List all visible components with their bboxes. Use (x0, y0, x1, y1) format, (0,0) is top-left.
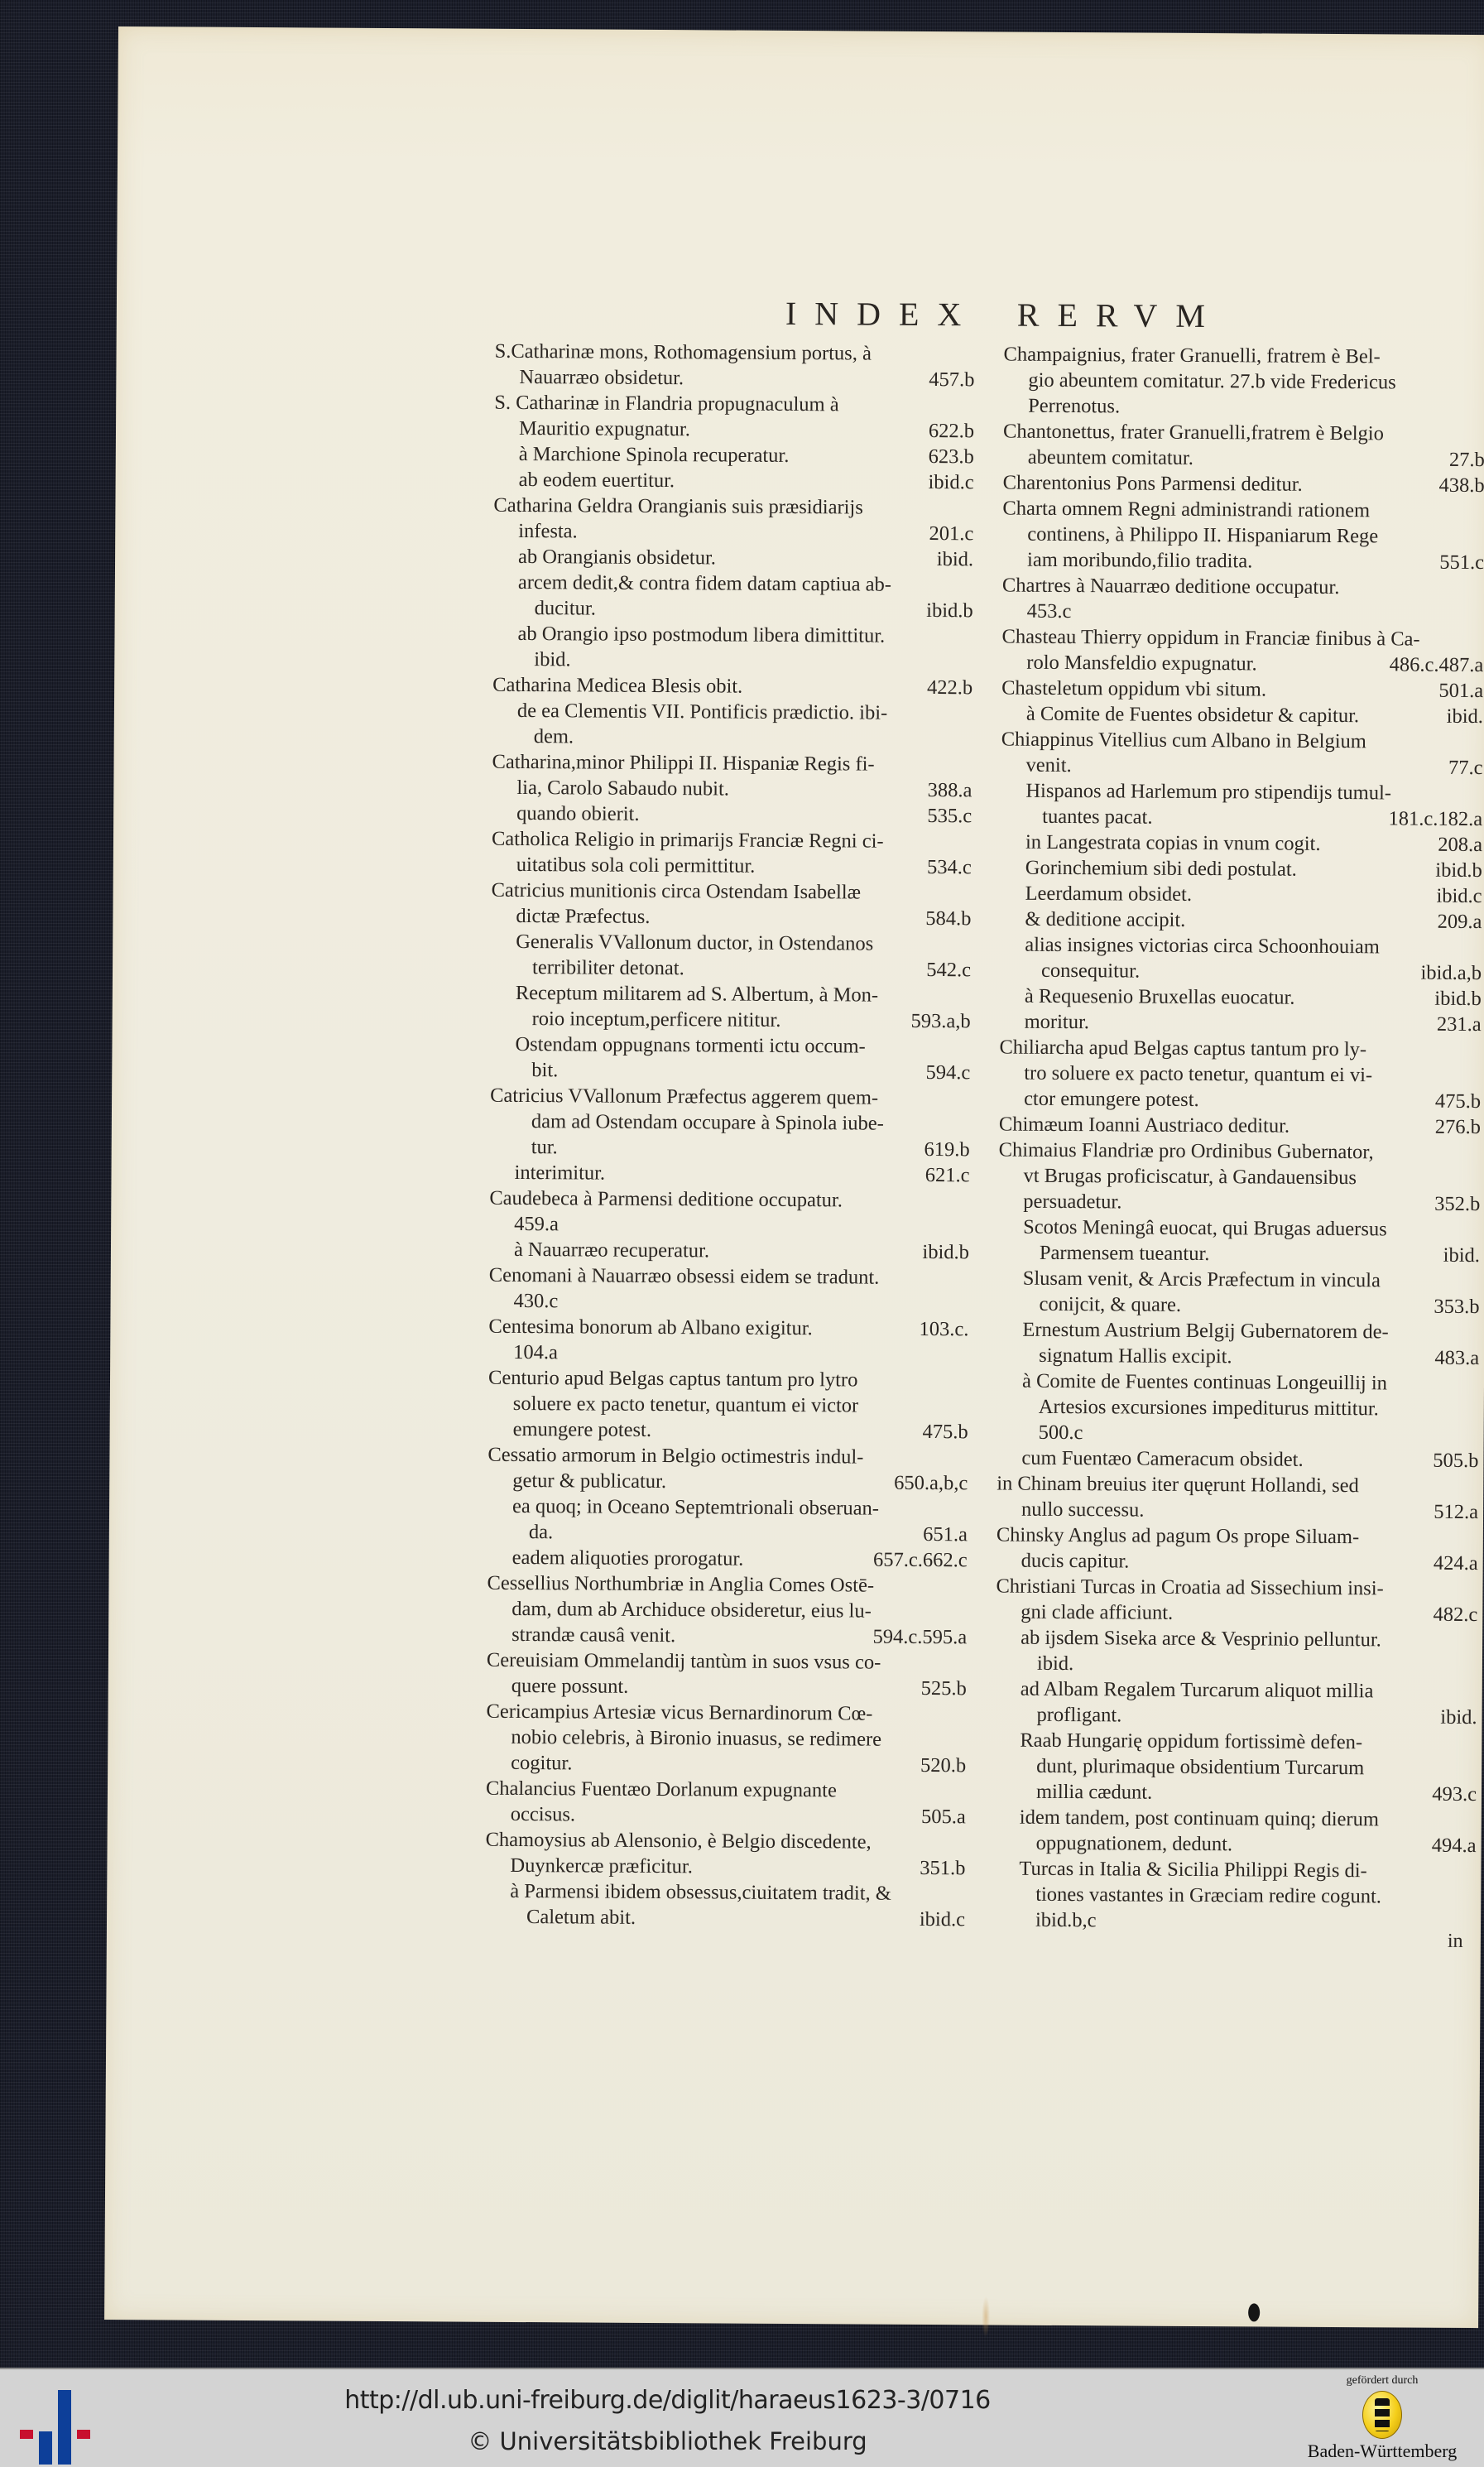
index-entry-line: cogitur.520.b (486, 1750, 966, 1779)
index-entry-line: gio abeuntem comitatur. 27.b vide Freder… (1003, 368, 1484, 397)
page-reference: 535.c (919, 803, 972, 829)
page-reference: 482.c (1424, 1602, 1477, 1628)
entry-text: conijcit, & quare. (1039, 1291, 1181, 1318)
entry-text: dam ad Ostendam occupare à Spinola iube- (531, 1108, 884, 1137)
page-reference: 353.b (1425, 1294, 1479, 1320)
page-reference: 475.b (1427, 1089, 1481, 1114)
index-entry-line: Chasteau Thierry oppidum in Franciæ fini… (1001, 624, 1483, 653)
index-entry-line: ctor emungere potest.475.b (999, 1086, 1481, 1115)
entry-text: Slusam venit, & Arcis Præfectum in vincu… (1023, 1266, 1381, 1294)
entry-text: Catharina Medicea Blesis obit. (492, 672, 742, 700)
index-entry-line: Cessellius Northumbriæ in Anglia Comes O… (487, 1570, 967, 1599)
index-entry-line: à Comite de Fuentes obsidetur & capitur.… (1001, 701, 1483, 730)
page-reference: 493.c (1424, 1782, 1477, 1807)
entry-text: Catricius munitionis circa Ostendam Isab… (492, 878, 862, 906)
entry-text: à Parmensi ibidem obsessus,ciuitatem tra… (510, 1878, 891, 1907)
entry-text: à Comite de Fuentes continuas Longeuilli… (1022, 1368, 1387, 1397)
index-entry-line: S. Catharinæ in Flandria propugnaculum à (494, 390, 974, 419)
page-reference: 231.a (1429, 1012, 1482, 1037)
entry-text: occisus. (511, 1801, 575, 1827)
entry-text: à Marchione Spinola recuperatur. (519, 441, 790, 469)
entry-text: Caudebeca à Parmensi deditione occupatur… (489, 1185, 843, 1214)
index-entry-line: Artesios excursiones impediturus mittitu… (997, 1394, 1479, 1423)
page-reference: 650.a,b,c (886, 1470, 968, 1497)
page-reference: 486.c.487.a (1381, 652, 1484, 678)
page-reference: 27.b (1441, 447, 1484, 473)
entry-text: ibid. (1037, 1651, 1073, 1676)
index-entry-line: Chalancius Fuentæo Dorlanum expugnante (486, 1776, 966, 1805)
index-entry-line: Chantonettus, frater Granuelli,fratrem è… (1003, 419, 1484, 448)
index-entry-line: Chasteletum oppidum vbi situm.501.a (1001, 676, 1483, 705)
index-entry-line: interimitur.621.c (489, 1160, 969, 1189)
page-reference: 657.c.662.c (865, 1547, 968, 1574)
entry-text: ducis capitur. (1021, 1548, 1130, 1575)
entry-text: nobio celebris, à Bironio inuasus, se re… (511, 1724, 881, 1753)
entry-text: Christiani Turcas in Croatia ad Sissechi… (996, 1574, 1383, 1602)
page-reference: ibid. (1432, 1705, 1477, 1730)
page-reference: 209.a (1429, 909, 1482, 935)
entry-text: de ea Clementis VII. Pontificis prædicti… (517, 698, 887, 726)
entry-text: tuantes pacat. (1042, 804, 1153, 830)
page-reference: 512.a (1425, 1499, 1478, 1525)
entry-text: Chinsky Anglus ad pagum Os prope Siluam- (997, 1522, 1359, 1551)
entry-text: arcem dedit,& contra fidem datam captiua… (518, 570, 891, 598)
entry-text: Receptum militarem ad S. Albertum, à Mon… (516, 980, 878, 1008)
page-reference: 208.a (1429, 832, 1482, 858)
entry-text: nullo successu. (1021, 1497, 1145, 1523)
index-entry-line: tiones vastantes in Græciam redire cogun… (994, 1882, 1476, 1911)
entry-text: tro soluere ex pacto tenetur, quantum ei… (1024, 1060, 1372, 1089)
permalink-url[interactable]: http://dl.ub.uni-freiburg.de/diglit/hara… (344, 2386, 991, 2415)
page-reference: 475.b (914, 1419, 968, 1445)
entry-text: Chalancius Fuentæo Dorlanum expugnante (486, 1776, 837, 1804)
entry-text: bit. (531, 1057, 558, 1083)
entry-text: quere possunt. (511, 1673, 629, 1700)
index-entry-line: Catharina,minor Philippi II. Hispaniæ Re… (492, 749, 972, 778)
entry-text: iam moribundo,filio tradita. (1027, 547, 1252, 575)
entry-text: 459.a (514, 1211, 559, 1237)
entry-text: ab Orangio ipso postmodum libera dimitti… (517, 621, 885, 649)
index-entry-line: Parmensem tueantur.ibid. (998, 1240, 1480, 1269)
index-entry-line: Gorinchemium sibi dedi postulat.ibid.b (1001, 855, 1482, 884)
page-reference: 534.c (919, 854, 972, 880)
sponsor-label: gefördert durch (1287, 2374, 1477, 2388)
index-entry-line: ab ijsdem Siseka arce & Vesprinio pellun… (996, 1625, 1477, 1654)
page-reference: 542.c (918, 957, 971, 983)
index-entry-line: ad Albam Regalem Turcarum aliquot millia (996, 1676, 1477, 1705)
index-entry-line: idem tandem, post continuam quinq; dieru… (995, 1805, 1477, 1834)
entry-text: dictæ Præfectus. (516, 903, 650, 930)
index-entry-line: Perrenotus. (1003, 393, 1484, 422)
index-entry-line: dam ad Ostendam occupare à Spinola iube- (490, 1108, 970, 1137)
entry-text: da. (529, 1519, 553, 1545)
entry-text: rolo Mansfeldio expugnatur. (1026, 650, 1256, 677)
page-reference: 619.b (916, 1137, 970, 1162)
page-reference: 201.c (920, 521, 973, 546)
index-entry-line: soluere ex pacto tenetur, quantum ei vic… (488, 1391, 968, 1420)
page-reference: ibid.b (1427, 858, 1482, 883)
index-entry-line: à Nauarræo recuperatur.ibid.b (489, 1237, 969, 1266)
entry-text: Cereuisiam Ommelandij tantùm in suos vsu… (487, 1647, 881, 1676)
entry-text: Caletum abit. (526, 1904, 636, 1931)
entry-text: ibid. (534, 647, 570, 672)
index-entry-line: arcem dedit,& contra fidem datam captiua… (493, 570, 973, 599)
index-entry-line: roio inceptum,perficere nititur.593.a,b (491, 1006, 971, 1035)
index-entry-line: moritur.231.a (1000, 1009, 1482, 1038)
index-entry-line: à Parmensi ibidem obsessus,ciuitatem tra… (485, 1878, 965, 1907)
entry-text: venit. (1025, 753, 1071, 778)
entry-text: emungere potest. (513, 1416, 652, 1443)
index-entry-line: Catricius munitionis circa Ostendam Isab… (492, 878, 972, 906)
index-entry-line: getur & publicatur.650.a,b,c (487, 1468, 968, 1497)
index-entry-line: tro soluere ex pacto tenetur, quantum ei… (999, 1060, 1481, 1089)
entry-text: getur & publicatur. (512, 1468, 666, 1494)
page-reference: 525.b (913, 1676, 967, 1701)
entry-text: dunt, plurimaque obsidentium Turcarum (1036, 1753, 1364, 1781)
page-reference: 594.c.595.a (864, 1624, 967, 1651)
index-entry-line: oppugnationem, dedunt.494.a (995, 1830, 1477, 1859)
entry-text: Charentonius Pons Parmensi deditur. (1003, 470, 1303, 498)
entry-text: signatum Hallis excipit. (1039, 1343, 1232, 1369)
index-entry-line: consequitur.ibid.a,b (1000, 958, 1482, 987)
index-entry-line: ducis capitur.424.a (997, 1548, 1478, 1577)
sponsor-name: Baden-Württemberg (1287, 2441, 1477, 2462)
entry-text: Hispanos ad Harlemum pro stipendijs tumu… (1025, 778, 1391, 806)
entry-text: tur. (531, 1134, 558, 1160)
index-entry-line: eadem aliquoties prorogatur.657.c.662.c (487, 1545, 968, 1574)
entry-text: dam, dum ab Archiduce obsideretur, eius … (511, 1596, 872, 1624)
index-entry-line: ab eodem euertitur.ibid.c (494, 467, 974, 496)
index-entry-line: millia cædunt.493.c (995, 1779, 1477, 1808)
entry-text: ea quoq; in Oceano Septemtrionali obseru… (512, 1493, 879, 1522)
index-entry-line: Raab Hungarię oppidum fortissimè defen- (995, 1728, 1477, 1757)
page-reference: ibid.b (914, 1239, 969, 1265)
index-entry-line: tuantes pacat.181.c.182.a (1001, 804, 1482, 833)
page-reference: 505.b (1424, 1448, 1478, 1474)
index-entry-line: Centurio apud Belgas captus tantum pro l… (488, 1365, 968, 1394)
page-reference: 594.c (917, 1060, 970, 1085)
index-entry-line: Cenomani à Nauarræo obsessi eidem se tra… (489, 1262, 969, 1291)
entry-text: tiones vastantes in Græciam redire cogun… (1035, 1882, 1381, 1910)
page-reference: 388.a (920, 777, 973, 803)
entry-text: lia, Carolo Sabaudo nubit. (516, 775, 729, 802)
page-reference: ibid.c (1428, 883, 1482, 909)
index-entry-line: profligant.ibid. (995, 1702, 1477, 1731)
index-entry-line: venit.77.c (1001, 753, 1482, 781)
entry-text: vt Brugas proficiscatur, à Gandauensibus (1023, 1163, 1357, 1190)
index-entry-line: quere possunt.525.b (487, 1673, 967, 1702)
index-entry-line: terribiliter detonat.542.c (491, 955, 971, 983)
entry-text: Cericampius Artesiæ vicus Bernardinorum … (486, 1699, 872, 1727)
index-entry-line: ibid.b,c (994, 1907, 1476, 1936)
page-reference: ibid.c (911, 1907, 965, 1932)
index-entry-line: ea quoq; in Oceano Septemtrionali obseru… (487, 1493, 968, 1522)
page-reference: 501.a (1430, 678, 1483, 704)
index-entry-line: à Requesenio Bruxellas euocatur.ibid.b (1000, 983, 1482, 1012)
entry-text: Perrenotus. (1028, 393, 1120, 420)
index-entry-line: infesta.201.c (493, 518, 973, 547)
page-reference: ibid. (929, 546, 973, 572)
page-reference: 584.b (917, 906, 971, 931)
index-entry-line: persuadetur.352.b (998, 1189, 1480, 1218)
index-entry-line: Chimæum Ioanni Austriaco deditur.276.b (999, 1112, 1481, 1141)
entry-text: millia cædunt. (1036, 1779, 1152, 1806)
entry-text: Turcas in Italia & Sicilia Philippi Regi… (1019, 1856, 1367, 1884)
index-entry-line: cum Fuentæo Cameracum obsidet.505.b (997, 1445, 1478, 1474)
entry-text: Mauritio expugnatur. (519, 416, 690, 442)
index-entry-line: à Marchione Spinola recuperatur.623.b (494, 441, 974, 470)
entry-text: S. Catharinæ in Flandria propugnaculum à (494, 390, 839, 418)
entry-text: Chasteletum oppidum vbi situm. (1001, 676, 1266, 703)
entry-text: Nauarræo obsidetur. (519, 364, 684, 391)
entry-text: Raab Hungarię oppidum fortissimè defen- (1020, 1728, 1362, 1756)
entry-text: ab Orangianis obsidetur. (518, 544, 716, 570)
entry-text: 430.c (514, 1288, 559, 1314)
index-entry-line: abeuntem comitatur.27.b (1003, 445, 1484, 474)
entry-text: Charta omnem Regni administrandi ratione… (1002, 496, 1370, 524)
page-reference: ibid.c (920, 469, 973, 495)
entry-text: infesta. (518, 518, 578, 544)
index-entry-line: à Comite de Fuentes continuas Longeuilli… (997, 1368, 1479, 1397)
page-reference: 77.c (1440, 755, 1483, 781)
entry-text: Gorinchemium sibi dedi postulat. (1025, 855, 1297, 882)
entry-text: consequitur. (1041, 958, 1140, 984)
index-column-right: Champaignius, frater Granuelli, fratrem … (994, 342, 1484, 1936)
page-reference: 352.b (1426, 1191, 1480, 1217)
entry-text: persuadetur. (1023, 1189, 1121, 1215)
entry-text: Champaignius, frater Granuelli, fratrem … (1004, 342, 1381, 370)
index-entry-line: Scotos Meningâ euocat, qui Brugas aduers… (998, 1214, 1480, 1243)
index-entry-line: rolo Mansfeldio expugnatur.486.c.487.a (1001, 650, 1483, 679)
index-entry-line: Ernestum Austrium Belgij Gubernatorem de… (997, 1317, 1479, 1346)
index-entry-line: da.651.a (487, 1519, 968, 1548)
page-reference: 621.c (917, 1162, 970, 1188)
index-entry-line: & deditione accipit.209.a (1000, 906, 1482, 935)
index-entry-line: Catharina Medicea Blesis obit.422.b (492, 672, 973, 701)
page-reference: 622.b (920, 418, 974, 444)
entry-text: terribiliter detonat. (532, 955, 684, 981)
index-entry-line: Ostendam oppugnans tormenti ictu occum- (490, 1032, 970, 1060)
entry-text: Chiliarcha apud Belgas captus tantum pro… (999, 1035, 1366, 1063)
index-entry-line: emungere potest.475.b (488, 1416, 968, 1445)
entry-text: Ernestum Austrium Belgij Gubernatorem de… (1022, 1317, 1388, 1345)
entry-text: Chantonettus, frater Granuelli,fratrem è… (1003, 419, 1384, 447)
entry-text: Chasteau Thierry oppidum in Franciæ fini… (1001, 624, 1419, 652)
entry-text: Cessatio armorum in Belgio octimestris i… (487, 1442, 863, 1470)
index-entry-line: gni clade afficiunt.482.c (996, 1599, 1477, 1628)
entry-text: ad Albam Regalem Turcarum aliquot millia (1021, 1676, 1374, 1705)
entry-text: à Requesenio Bruxellas euocatur. (1025, 983, 1295, 1011)
entry-text: soluere ex pacto tenetur, quantum ei vic… (513, 1391, 859, 1419)
index-entry-line: Charentonius Pons Parmensi deditur.438.b (1003, 470, 1484, 499)
index-entry-line: ibid. (996, 1651, 1477, 1680)
index-entry-line: nobio celebris, à Bironio inuasus, se re… (486, 1724, 966, 1753)
sponsor-badge[interactable]: gefördert durch Baden-Württemberg (1287, 2374, 1477, 2465)
index-entry-line: tur.619.b (490, 1134, 970, 1163)
index-entry-line: alias insignes victorias circa Schoonhou… (1000, 932, 1482, 961)
entry-text: Artesios excursiones impediturus mittitu… (1039, 1394, 1379, 1422)
entry-text: cogitur. (511, 1750, 572, 1776)
entry-text: Centurio apud Belgas captus tantum pro l… (488, 1365, 858, 1393)
index-entry-line: dictæ Præfectus.584.b (491, 903, 971, 932)
entry-text: Catholica Religio in primarijs Franciæ R… (492, 826, 884, 854)
index-entry-line: Caletum abit.ibid.c (485, 1904, 965, 1933)
entry-text: S.Catharinæ mons, Rothomagensium portus,… (495, 339, 872, 367)
index-entry-line: occisus.505.a (486, 1801, 966, 1830)
entry-text: Leerdamum obsidet. (1025, 881, 1193, 907)
index-entry-line: Generalis VVallonum ductor, in Ostendano… (491, 929, 971, 958)
page-reference: ibid. (1438, 704, 1483, 729)
entry-text: ctor emungere potest. (1024, 1086, 1199, 1113)
index-entry-line: Chiappinus Vitellius cum Albano in Belgi… (1001, 727, 1483, 756)
index-entry-line: Catricius VVallonum Præfectus aggerem qu… (490, 1083, 970, 1112)
entry-text: interimitur. (514, 1160, 605, 1186)
index-entry-line: Cessatio armorum in Belgio octimestris i… (487, 1442, 968, 1471)
index-entry-line: Chamoysius ab Alensonio, è Belgio disced… (486, 1827, 966, 1856)
index-entry-line: 430.c (489, 1288, 969, 1317)
index-entry-line: quando obierit.535.c (492, 801, 972, 830)
index-entry-line: ab Orangianis obsidetur.ibid. (493, 544, 973, 573)
index-entry-line: Catholica Religio in primarijs Franciæ R… (492, 826, 972, 855)
entry-text: Cessellius Northumbriæ in Anglia Comes O… (487, 1570, 874, 1599)
index-entry-line: Christiani Turcas in Croatia ad Sissechi… (996, 1574, 1477, 1603)
index-entry-line: signatum Hallis excipit.483.a (997, 1343, 1479, 1372)
page-reference: 351.b (911, 1855, 965, 1881)
entry-text: continens, à Philippo II. Hispaniarum Re… (1027, 522, 1378, 550)
entry-text: Catricius VVallonum Præfectus aggerem qu… (490, 1083, 878, 1111)
index-entry-line: 104.a (488, 1339, 968, 1368)
entry-text: Scotos Meningâ euocat, qui Brugas aduers… (1023, 1214, 1387, 1243)
page-reference: 181.c.182.a (1380, 806, 1482, 832)
entry-text: Chiappinus Vitellius cum Albano in Belgi… (1001, 727, 1366, 755)
index-entry-line: in Langestrata copias in vnum cogit.208.… (1001, 830, 1482, 858)
index-entry-line: in Chinam breuius iter quęrunt Hollandi,… (997, 1471, 1478, 1500)
entry-text: Chimaius Flandriæ pro Ordinibus Gubernat… (999, 1137, 1374, 1166)
index-entry-line: dem. (492, 724, 973, 753)
index-entry-line: 500.c (997, 1420, 1479, 1449)
entry-text: gio abeuntem comitatur. 27.b vide Freder… (1028, 368, 1395, 396)
index-entry-line: conijcit, & quare.353.b (997, 1291, 1479, 1320)
entry-text: Ostendam oppugnans tormenti ictu occum- (515, 1032, 865, 1060)
entry-text: à Nauarræo recuperatur. (514, 1237, 709, 1263)
index-entry-line: strandæ causâ venit.594.c.595.a (487, 1622, 967, 1651)
page-reference: 422.b (919, 675, 973, 700)
entry-text: Centesima bonorum ab Albano exigitur. (488, 1314, 812, 1341)
entry-text: uitatibus sola coli permittitur. (516, 852, 756, 879)
entry-text: Generalis VVallonum ductor, in Ostendano… (516, 929, 873, 957)
page-reference: 520.b (912, 1753, 966, 1778)
index-column-left: S.Catharinæ mons, Rothomagensium portus,… (485, 339, 975, 1933)
index-entry-line: Chimaius Flandriæ pro Ordinibus Gubernat… (999, 1137, 1481, 1166)
entry-text: ducitur. (535, 595, 596, 621)
index-entry-line: 459.a (489, 1211, 969, 1240)
index-entry-line: Chartres à Nauarræo deditione occupatur. (1002, 573, 1484, 602)
entry-text: in Chinam breuius iter quęrunt Hollandi,… (997, 1471, 1359, 1499)
entry-text: abeuntem comitatur. (1028, 445, 1193, 471)
index-entry-line: Cereuisiam Ommelandij tantùm in suos vsu… (487, 1647, 967, 1676)
entry-text: Duynkercæ præficitur. (510, 1853, 693, 1879)
index-entry-line: Hispanos ad Harlemum pro stipendijs tumu… (1001, 778, 1482, 807)
index-entry-line: Catharina Geldra Orangianis suis præsidi… (493, 493, 973, 522)
page-reference: 438.b (1430, 473, 1484, 498)
page-hole (1248, 2303, 1260, 2321)
entry-text: quando obierit. (516, 801, 640, 827)
page-reference: 505.a (913, 1804, 966, 1830)
entry-text: ab ijsdem Siseka arce & Vesprinio pellun… (1021, 1625, 1381, 1653)
index-entry-line: Chinsky Anglus ad pagum Os prope Siluam- (997, 1522, 1478, 1551)
index-entry-line: 453.c (1002, 599, 1484, 628)
entry-text: idem tandem, post continuam quinq; dieru… (1020, 1805, 1379, 1833)
index-entry-line: Cericampius Artesiæ vicus Bernardinorum … (486, 1699, 966, 1728)
page-heading: INDEX RERVM (117, 290, 1484, 298)
index-entry-line: Duynkercæ præficitur.351.b (485, 1853, 965, 1882)
entry-text: ab eodem euertitur. (519, 467, 675, 493)
entry-text: à Comite de Fuentes obsidetur & capitur. (1026, 701, 1359, 729)
page-reference: ibid.a,b (1412, 960, 1482, 987)
entry-text: strandæ causâ venit. (511, 1622, 675, 1648)
index-entry-line: dunt, plurimaque obsidentium Turcarum (995, 1753, 1477, 1782)
page-reference: ibid.b (1426, 986, 1482, 1012)
page-reference: 103.c. (910, 1316, 968, 1342)
copyright-notice: © Universitätsbibliothek Freiburg (468, 2427, 867, 2455)
baden-wuerttemberg-crest-icon (1362, 2391, 1402, 2439)
entry-text: dem. (534, 724, 574, 749)
index-entry-line: Mauritio expugnatur.622.b (494, 416, 974, 445)
entry-text: Chamoysius ab Alensonio, è Belgio disced… (486, 1827, 872, 1855)
index-entry-line: Champaignius, frater Granuelli, fratrem … (1004, 342, 1484, 371)
index-entry-line: Slusam venit, & Arcis Præfectum in vincu… (998, 1266, 1480, 1295)
index-entry-line: vt Brugas proficiscatur, à Gandauensibus (998, 1163, 1480, 1192)
heading-word-index: INDEX (785, 294, 980, 334)
index-entry-line: S.Catharinæ mons, Rothomagensium portus,… (495, 339, 975, 368)
entry-text: & deditione accipit. (1025, 906, 1185, 933)
page-reference: 593.a,b (902, 1008, 970, 1035)
page-reference: 551.c (1431, 550, 1484, 575)
page-reference: 623.b (920, 444, 974, 469)
index-entry-line: Receptum militarem ad S. Albertum, à Mon… (491, 980, 971, 1009)
entry-text: eadem aliquoties prorogatur. (512, 1545, 744, 1572)
catchword: in (1448, 1931, 1463, 1953)
page-reference: 651.a (915, 1522, 968, 1547)
entry-text: alias insignes victorias circa Schoonhou… (1025, 932, 1380, 960)
index-entry-line: nullo successu.512.a (997, 1497, 1478, 1526)
entry-text: ibid.b,c (1035, 1907, 1097, 1933)
entry-text: Parmensem tueantur. (1040, 1240, 1210, 1267)
entry-text: Cenomani à Nauarræo obsessi eidem se tra… (489, 1262, 880, 1291)
book-page: INDEX RERVM S.Catharinæ mons, Rothomagen… (104, 26, 1484, 2328)
entry-text: Chartres à Nauarræo deditione occupatur. (1002, 573, 1340, 600)
entry-text: moritur. (1025, 1009, 1089, 1035)
entry-text: roio inceptum,perficere nititur. (532, 1006, 781, 1033)
entry-text: Chimæum Ioanni Austriaco deditur. (999, 1112, 1289, 1139)
index-entry-line: ducitur.ibid.b (493, 595, 973, 624)
page-reference: 457.b (920, 367, 974, 392)
index-entry-line: de ea Clementis VII. Pontificis prædicti… (492, 698, 973, 727)
entry-text: in Langestrata copias in vnum cogit. (1025, 830, 1321, 857)
entry-text: 500.c (1039, 1420, 1083, 1445)
index-entry-line: Turcas in Italia & Sicilia Philippi Regi… (994, 1856, 1476, 1885)
index-entry-line: lia, Carolo Sabaudo nubit.388.a (492, 775, 972, 804)
entry-text: Catharina,minor Philippi II. Hispaniæ Re… (492, 749, 874, 777)
page-stain (982, 2296, 990, 2337)
entry-text: Catharina Geldra Orangianis suis præsidi… (493, 493, 863, 521)
entry-text: oppugnationem, dedunt. (1036, 1830, 1233, 1857)
heading-word-rerum: RERVM (1017, 296, 1223, 336)
entry-text: gni clade afficiunt. (1021, 1599, 1173, 1626)
index-entry-line: iam moribundo,filio tradita.551.c (1002, 547, 1484, 576)
entry-text: cum Fuentæo Cameracum obsidet. (1021, 1445, 1303, 1473)
page-reference: 494.a (1424, 1833, 1477, 1859)
